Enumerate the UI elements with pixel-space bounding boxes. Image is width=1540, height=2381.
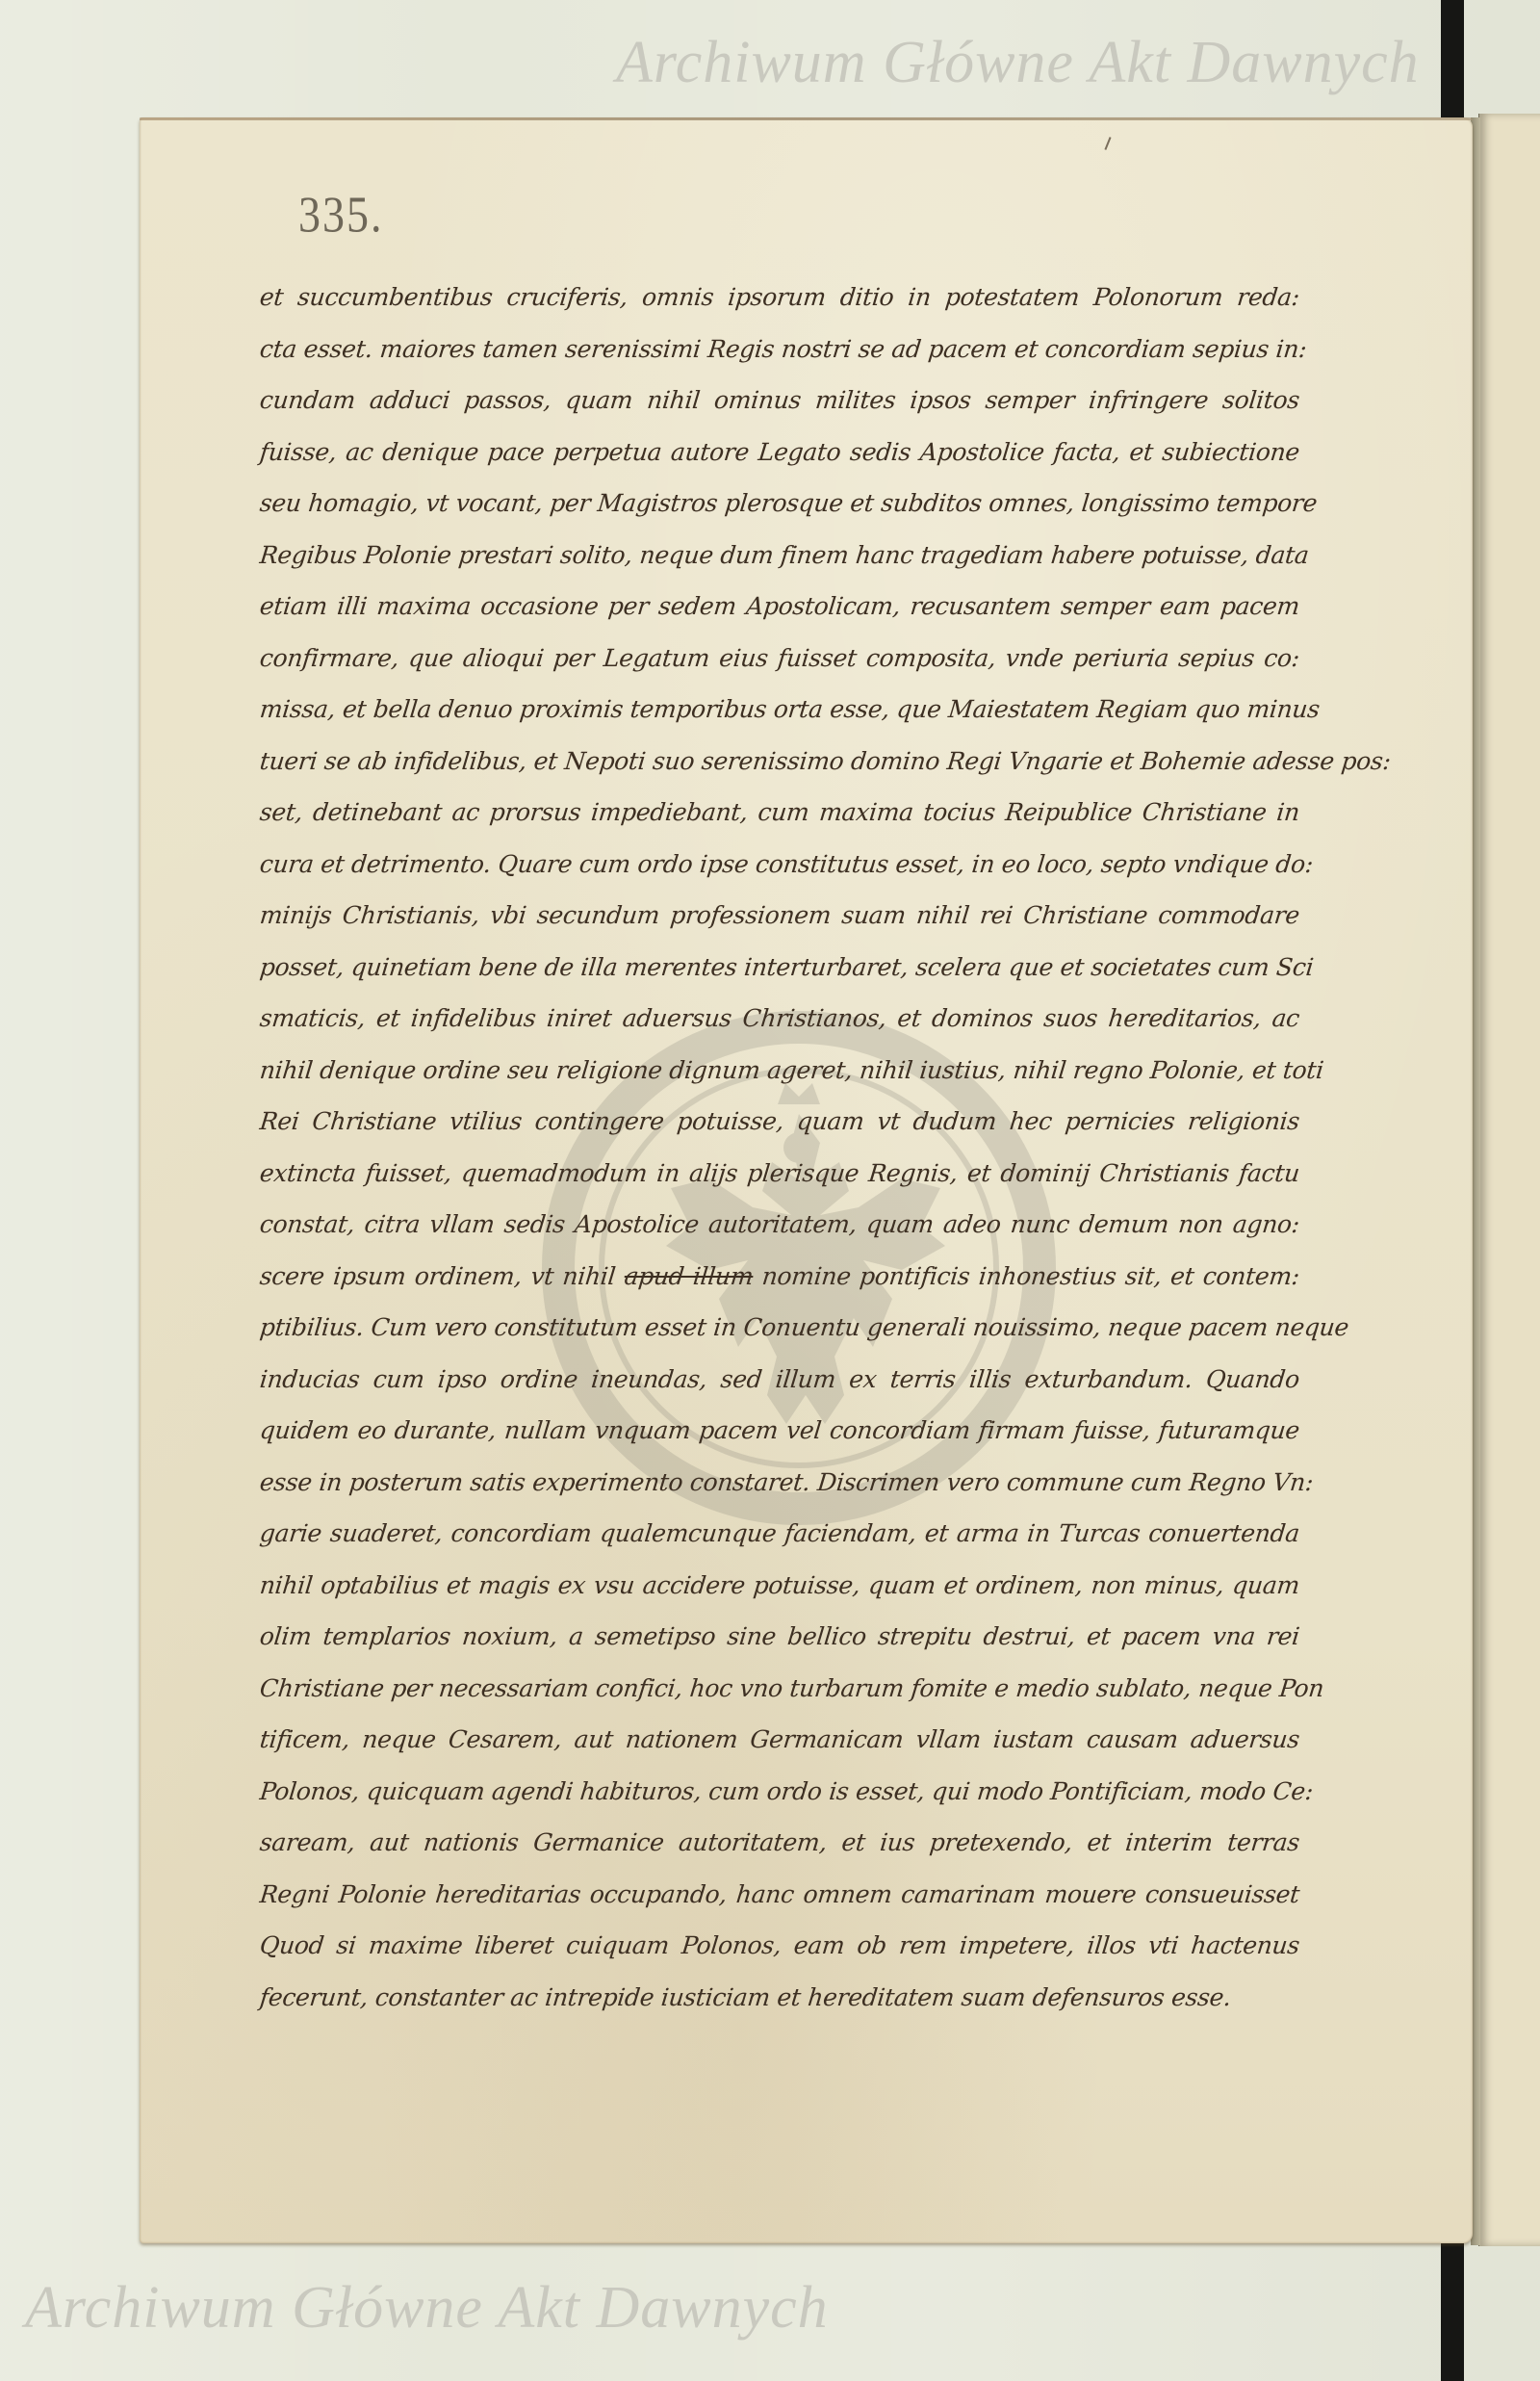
text-line: et succumbentibus cruciferis, omnis ipso…	[257, 272, 1302, 324]
text-line: inducias cum ipso ordine ineundas, sed i…	[257, 1354, 1302, 1406]
text-line: garie suaderet, concordiam qualemcunque …	[257, 1508, 1302, 1560]
archive-watermark-bottom: Archiwum Główne Akt Dawnych	[25, 2278, 829, 2338]
pen-mark	[1104, 137, 1111, 150]
text-line: cta esset. maiores tamen serenissimi Reg…	[257, 324, 1302, 375]
text-line: nihil denique ordine seu religione dignu…	[257, 1045, 1302, 1097]
text-line: cura et detrimento. Quare cum ordo ipse …	[257, 839, 1302, 891]
text-line: saream, aut nationis Germanice autoritat…	[257, 1817, 1302, 1869]
text-line: etiam illi maxima occasione per sedem Ap…	[257, 581, 1302, 633]
text-line: olim templarios noxium, a semetipso sine…	[257, 1611, 1302, 1663]
text-line: posset, quinetiam bene de illa merentes …	[257, 942, 1302, 994]
archive-watermark-top: Archiwum Główne Akt Dawnych	[616, 33, 1420, 92]
text-line: constat, citra vllam sedis Apostolice au…	[257, 1199, 1302, 1251]
text-line: confirmare, que alioqui per Legatum eius…	[257, 633, 1302, 685]
text-line: smaticis, et infidelibus iniret aduersus…	[257, 993, 1302, 1045]
text-line: quidem eo durante, nullam vnquam pacem v…	[257, 1405, 1302, 1457]
text-line: nihil optabilius et magis ex vsu accider…	[257, 1560, 1302, 1612]
text-line: Quod si maxime liberet cuiquam Polonos, …	[257, 1920, 1302, 1972]
text-line: extincta fuisset, quemadmodum in alijs p…	[257, 1148, 1302, 1200]
text-line: minijs Christianis, vbi secundum profess…	[257, 890, 1302, 942]
manuscript-page: 335. et succumbentibus cruciferis, omnis…	[140, 117, 1473, 2243]
text-line: seu homagio, vt vocant, per Magistros pl…	[257, 478, 1302, 530]
text-line: cundam adduci passos, quam nihil ominus …	[257, 375, 1302, 427]
text-line-with-strikethrough: scere ipsum ordinem, vt nihil apud illum…	[257, 1251, 1302, 1303]
text-line: Polonos, quicquam agendi habituros, cum …	[257, 1766, 1302, 1818]
text-line: missa, et bella denuo proximis temporibu…	[257, 684, 1302, 736]
text-line: set, detinebant ac prorsus impediebant, …	[257, 787, 1302, 839]
text-line: Christiane per necessariam confici, hoc …	[257, 1663, 1302, 1715]
text-line: tificem, neque Cesarem, aut nationem Ger…	[257, 1714, 1302, 1766]
folio-number: 335.	[298, 185, 384, 244]
manuscript-text: et succumbentibus cruciferis, omnis ipso…	[260, 272, 1299, 2023]
text-line: esse in posterum satis experimento const…	[257, 1457, 1302, 1509]
page-top-edge	[140, 117, 1473, 120]
text-line: Rei Christiane vtilius contingere potuis…	[257, 1096, 1302, 1148]
text-line: tueri se ab infidelibus, et Nepoti suo s…	[257, 736, 1302, 788]
text-line: ptibilius. Cum vero constitutum esset in…	[257, 1302, 1302, 1354]
adjacent-page-edge	[1478, 114, 1540, 2246]
text-line: Regni Polonie hereditarias occupando, ha…	[257, 1869, 1302, 1921]
text-line: fuisse, ac denique pace perpetua autore …	[257, 427, 1302, 479]
struck-through-text: apud illum	[623, 1262, 755, 1290]
text-line-final: fecerunt, constanter ac intrepide iustic…	[257, 1972, 1302, 2024]
text-line: Regibus Polonie prestari solito, neque d…	[257, 530, 1302, 582]
